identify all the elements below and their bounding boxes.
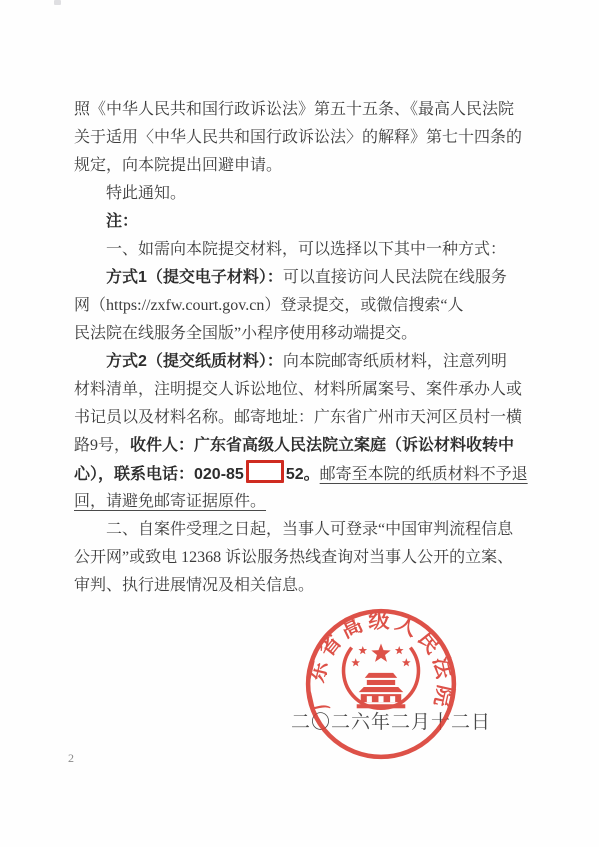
body-text: 路9号， [74,437,130,454]
page-number: 2 [68,751,74,766]
text-line: 心），联系电话：020-8552。邮寄至本院的纸质材料不予退 [74,460,534,488]
scanned-page: 照《中华人民共和国行政诉讼法》第五十五条、《最高人民法院 关于适用〈中华人民共和… [0,0,599,847]
body-text: 一、如需向本院提交材料，可以选择以下其中一种方式： [106,241,506,258]
method1-label: 方式1（提交电子材料）： [106,269,283,286]
text-line: 路9号，收件人：广东省高级人民法院立案庭（诉讼材料收转中 [74,432,534,460]
body-text: 书记员以及材料名称。邮寄地址：广东省广州市天河区员村一横 [74,409,522,426]
text-line: 二、自案件受理之日起，当事人可登录“中国审判流程信息 [74,516,534,544]
text-line: 一、如需向本院提交材料，可以选择以下其中一种方式： [74,236,534,264]
text-line: 网（https://zxfw.court.gov.cn）登录提交，或微信搜索“人 [74,292,534,320]
body-text: 材料清单，注明提交人诉讼地位、材料所属案号、案件承办人或 [74,381,522,398]
body-text: 二、自案件受理之日起，当事人可登录“中国审判流程信息 [106,521,513,538]
body-text: 审判、执行进展情况及相关信息。 [74,577,314,594]
body-text: 可以直接访问人民法院在线服务 [283,269,507,286]
phone-text: 心），联系电话：020-85 [74,466,244,483]
phone-text: 52。 [286,466,320,483]
text-line: 方式1（提交电子材料）：可以直接访问人民法院在线服务 [74,264,534,292]
body-text: 照《中华人民共和国行政诉讼法》第五十五条、《最高人民法院 [74,101,514,118]
body-text: 向本院邮寄纸质材料，注意列明 [283,353,507,370]
text-line: 审判、执行进展情况及相关信息。 [74,572,534,600]
seal-ring [308,611,454,757]
document-body: 照《中华人民共和国行政诉讼法》第五十五条、《最高人民法院 关于适用〈中华人民共和… [74,96,534,600]
national-emblem-icon [344,644,419,709]
body-text: 公开网”或致电 12368 诉讼服务热线查询对当事人公开的立案、 [74,549,513,566]
text-line: 注： [74,208,534,236]
redaction-box [246,460,284,483]
text-line: 民法院在线服务全国版”小程序使用移动端提交。 [74,320,534,348]
scan-artifact [54,0,61,5]
text-line: 照《中华人民共和国行政诉讼法》第五十五条、《最高人民法院 [74,96,534,124]
warning-text: 回，请避免邮寄证据原件。 [74,493,266,510]
seal-court-name: 广东省高级人民法院 [303,608,457,713]
body-text: 关于适用〈中华人民共和国行政诉讼法〉的解释》第七十四条的 [74,129,522,146]
body-text: 网（https://zxfw.court.gov.cn）登录提交，或微信搜索“人 [74,297,463,314]
recipient-text: 收件人：广东省高级人民法院立案庭（诉讼材料收转中 [130,437,514,454]
document-date: 二〇二六年二月十二日 [291,707,491,734]
text-line: 方式2（提交纸质材料）：向本院邮寄纸质材料，注意列明 [74,348,534,376]
body-text: 民法院在线服务全国版”小程序使用移动端提交。 [74,325,417,342]
text-line: 材料清单，注明提交人诉讼地位、材料所属案号、案件承办人或 [74,376,534,404]
text-line: 规定，向本院提出回避申请。 [74,152,534,180]
official-seal: 广东省高级人民法院 [300,602,462,766]
text-line: 公开网”或致电 12368 诉讼服务热线查询对当事人公开的立案、 [74,544,534,572]
note-label: 注： [106,213,138,230]
text-line: 特此通知。 [74,180,534,208]
text-line: 回，请避免邮寄证据原件。 [74,488,534,516]
text-line: 书记员以及材料名称。邮寄地址：广东省广州市天河区员村一横 [74,404,534,432]
method2-label: 方式2（提交纸质材料）： [106,353,283,370]
body-text: 规定，向本院提出回避申请。 [74,157,282,174]
warning-text: 邮寄至本院的纸质材料不予退 [320,466,528,483]
body-text: 特此通知。 [106,185,186,202]
text-line: 关于适用〈中华人民共和国行政诉讼法〉的解释》第七十四条的 [74,124,534,152]
